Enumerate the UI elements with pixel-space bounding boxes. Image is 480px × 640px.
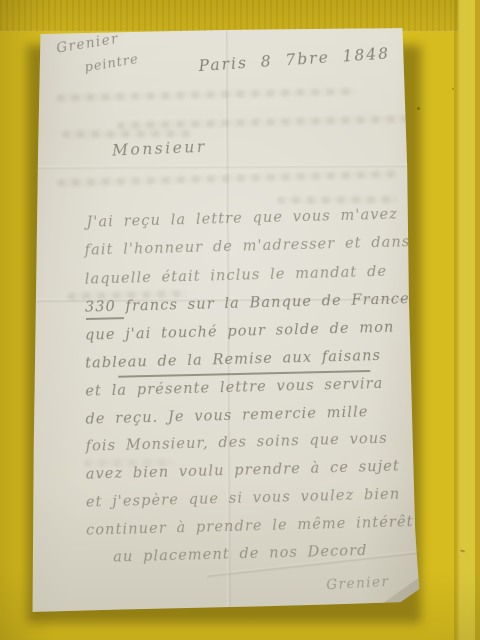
letter-salutation: Monsieur [112, 138, 207, 160]
letter-line: que j'ai touché pour solde de mon [85, 320, 395, 344]
show-through-writing [62, 130, 192, 138]
letter-line: et j'espère que si vous voulez bien [86, 486, 401, 510]
show-through-writing [117, 116, 407, 130]
show-through-writing [57, 171, 397, 187]
letter-line: J'ai reçu la lettre que vous m'avez [86, 207, 398, 231]
ink-underline-painting-title [118, 370, 370, 377]
background-right-band [454, 0, 475, 640]
letter-line: tableau de la Remise aux faisans [85, 348, 381, 372]
photo-of-letter: Grenier peintre Paris 8 7bre 1848 Monsie… [0, 0, 480, 640]
ink-underline-amount [86, 317, 124, 319]
letter-dateline: Paris 8 7bre 1848 [198, 44, 391, 75]
background-speck [452, 88, 454, 90]
horizontal-fold-crease [27, 164, 417, 169]
background-right-edge [475, 0, 480, 640]
letter-line: continuer à prendre le même intérêt [86, 514, 414, 539]
show-through-writing [57, 88, 357, 102]
letter-line: fois Monsieur, des soins que vous [85, 431, 388, 455]
letter-signature: Grenier [326, 574, 390, 594]
letter-line: fait l'honneur de m'adresser et dans [84, 234, 410, 259]
letter-line: de reçu. Je vous remercie mille [85, 404, 368, 427]
pencil-annotation-name: Grenier [55, 31, 120, 57]
letter-paper: Grenier peintre Paris 8 7bre 1848 Monsie… [26, 28, 419, 612]
letter-line: au placement de nos Decord [113, 543, 368, 566]
show-through-writing [277, 196, 397, 204]
letter-line: et la présente lettre vous servira [85, 376, 383, 400]
background-top-strip [0, 0, 480, 31]
pencil-annotation-profession: peintre [83, 52, 139, 76]
letter-line: laquelle était inclus le mandat de [85, 264, 388, 288]
